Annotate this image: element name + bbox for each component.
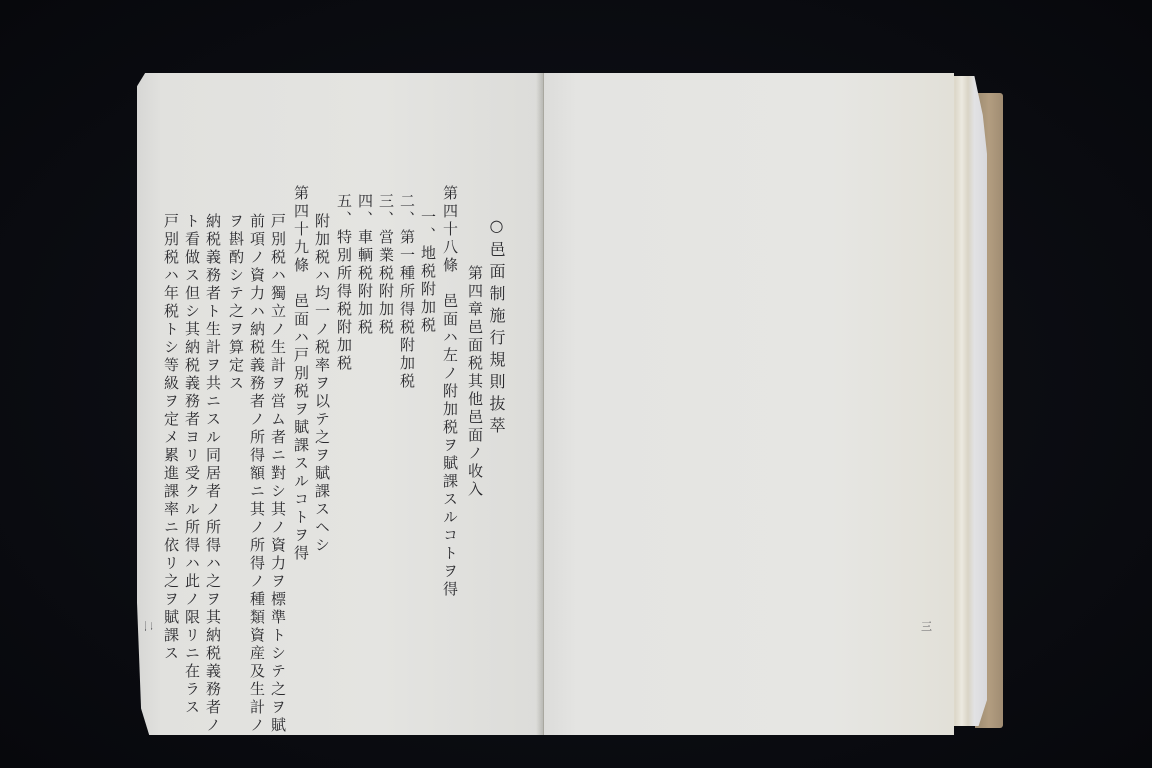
bleed-through-text [794,243,814,531]
right-page: 三 [543,73,954,735]
article-49-line-6: 戸別税ハ年税トシ等級ヲ定メ累進課率ニ依リ之ヲ賦課ス [163,213,178,663]
article-49-line-2: 前項ノ資力ハ納税義務者ノ所得額ニ其ノ所得ノ種類資産及生計ノ程度 [249,213,264,768]
article-49-line-5: ト看做ス但シ其納税義務者ヨリ受クル所得ハ此ノ限リニ在ラス [184,213,199,717]
left-page-number: 二 [141,621,157,632]
article-48-heading: 第四十八條 邑面ハ左ノ附加税ヲ賦課スルコトヲ得 [442,185,457,599]
article-48-item-4: 四、車輌税附加税 [357,193,372,337]
article-49-heading: 第四十九條 邑面ハ戸別税ヲ賦課スルコトヲ得 [293,185,308,563]
article-48-item-3: 三、営業税附加税 [378,193,393,337]
chapter-heading: 第四章邑面税其他邑面ノ收入 [467,265,482,499]
article-48-item-5: 五、特別所得税附加税 [336,193,351,373]
article-49-line-4: 納税義務者ト生計ヲ共ニスル同居者ノ所得ハ之ヲ其納税義務者ノ所得 [205,213,220,768]
article-48-item-1: 一、地税附加税 [420,209,435,335]
article-49-line-1: 戸別税ハ獨立ノ生計ヲ営ム者ニ對シ其ノ資力ヲ標準トシテ之ヲ賦課ス [270,213,285,768]
article-48-item-2: 二、第一種所得税附加税 [399,193,414,391]
right-page-number: 三 [921,618,932,634]
document-title: ○邑面制施行規則抜萃 [488,216,504,439]
left-page: ○邑面制施行規則抜萃 第四章邑面税其他邑面ノ收入 第四十八條 邑面ハ左ノ附加税ヲ… [137,73,543,735]
article-48-note: 附加税ハ均一ノ税率ヲ以テ之ヲ賦課スヘシ [314,213,329,555]
article-49-line-3: ヲ斟酌シテ之ヲ算定ス [228,213,243,393]
